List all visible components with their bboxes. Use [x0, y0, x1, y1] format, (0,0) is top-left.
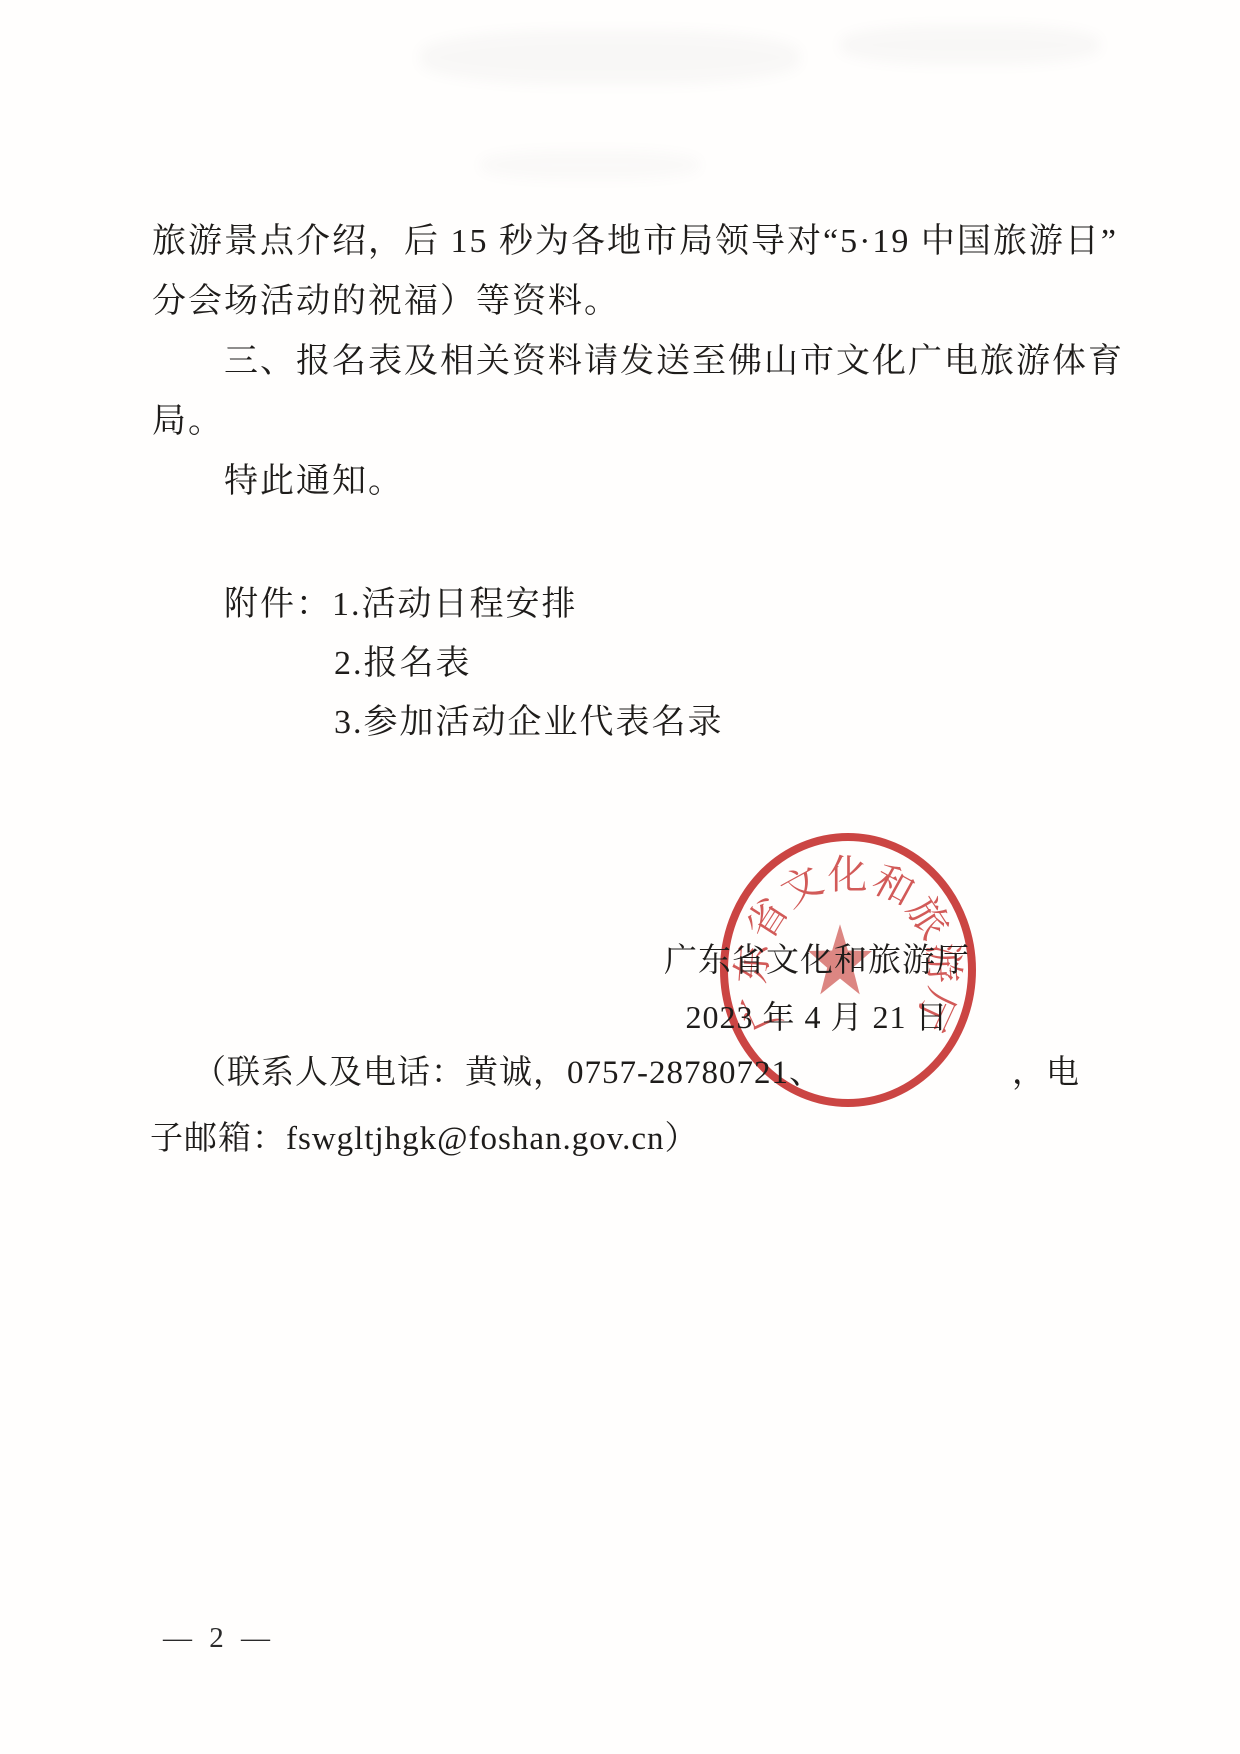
- scan-artifact: [480, 150, 700, 180]
- attachment-item: 3.参加活动企业代表名录: [224, 693, 724, 752]
- contact-line-1: （联系人及电话：黄诚，0757-28780721、 ，电: [193, 1050, 1080, 1096]
- attachment-item: 2.报名表: [224, 634, 724, 693]
- document-page: 旅游景点介绍，后 15 秒为各地市局领导对“5·19 中国旅游日” 分会场活动的…: [0, 0, 1240, 1754]
- body-text: 旅游景点介绍，后 15 秒为各地市局领导对“5·19 中国旅游日” 分会场活动的…: [152, 212, 1087, 512]
- scan-artifact: [840, 25, 1100, 65]
- signature-org: 广东省文化和旅游厅: [600, 934, 1034, 981]
- contact-line-1-left: （联系人及电话：黄诚，0757-28780721、: [193, 1050, 823, 1096]
- body-line: 旅游景点介绍，后 15 秒为各地市局领导对“5·19 中国旅游日”: [152, 212, 1087, 272]
- body-line: 分会场活动的祝福）等资料。: [152, 272, 1087, 332]
- body-line: 三、报名表及相关资料请发送至佛山市文化广电旅游体育: [152, 332, 1087, 392]
- body-line: 特此通知。: [152, 452, 1087, 512]
- contact-line-2: 子邮箱：fswgltjhgk@foshan.gov.cn）: [150, 1116, 699, 1162]
- attachment-list: 附件：1.活动日程安排 2.报名表 3.参加活动企业代表名录: [224, 575, 724, 752]
- contact-line-1-right: ，电: [1012, 1050, 1080, 1096]
- attachment-label: 附件：: [224, 575, 332, 634]
- page-number: — 2 —: [163, 1622, 275, 1655]
- body-line: 局。: [152, 392, 1087, 452]
- attachment-row: 附件：1.活动日程安排: [224, 575, 724, 634]
- signature-date: 2023 年 4 月 21 日: [600, 992, 1034, 1038]
- attachment-item: 1.活动日程安排: [332, 586, 578, 623]
- scan-artifact: [420, 30, 800, 85]
